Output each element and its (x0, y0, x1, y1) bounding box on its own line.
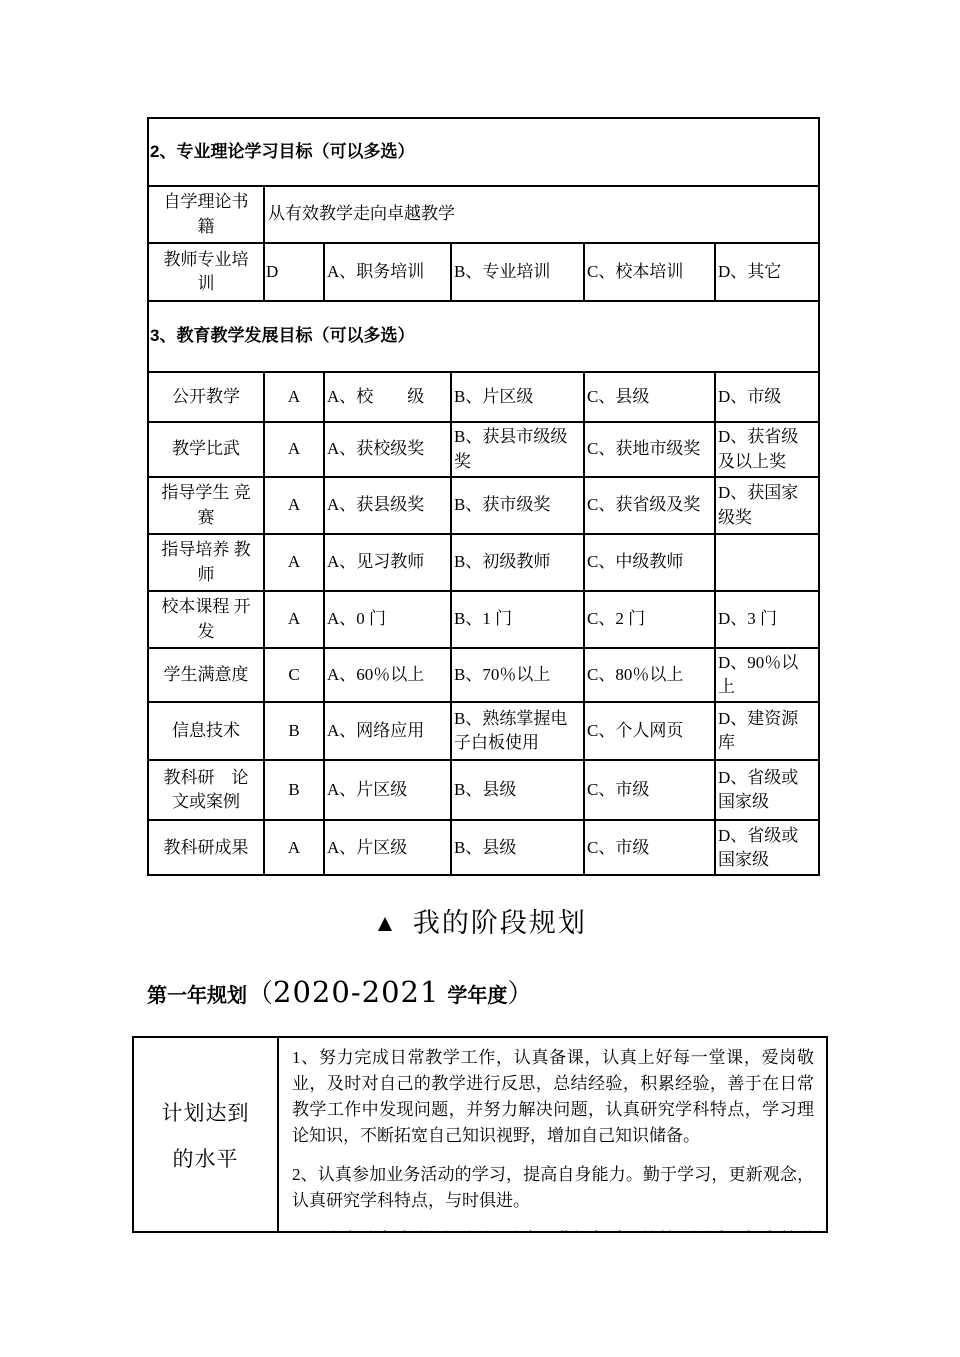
training-option-c: C、校本培训 (584, 243, 715, 301)
plan-row-label-line1: 计划达到 (162, 1097, 250, 1127)
goal-option-a: A、网络应用 (324, 702, 451, 760)
close-paren: ） (507, 979, 533, 1009)
first-year-heading: 第一年规划（2020-2021学年度） (147, 973, 533, 1013)
books-row: 自学理论书籍 从有效教学走向卓越教学 (148, 186, 819, 243)
goal-option-b: B、初级教师 (451, 534, 584, 591)
goal-option-b: B、熟练掌握电子白板使用 (451, 702, 584, 760)
goal-option-d: D、获国家级奖 (715, 477, 819, 534)
stage-plan-title: 我的阶段规划 (413, 908, 587, 938)
goal-option-a: A、校 级 (324, 372, 451, 422)
goal-answer: A (264, 477, 324, 534)
goal-option-a: A、获校级奖 (324, 422, 451, 477)
goal-option-a: A、片区级 (324, 760, 451, 820)
training-label: 教师专业培训 (148, 243, 264, 301)
books-value: 从有效教学走向卓越教学 (264, 186, 819, 243)
goal-option-b: B、获县市级级奖 (451, 422, 584, 477)
section2-title: 2、专业理论学习目标（可以多选） (148, 118, 819, 186)
goal-option-c: C、获省级及奖 (584, 477, 715, 534)
goal-option-c: C、2 门 (584, 591, 715, 648)
training-row: 教师专业培训 D A、职务培训 B、专业培训 C、校本培训 D、其它 (148, 243, 819, 301)
goal-option-c: C、80％以上 (584, 648, 715, 702)
first-year-label: 第一年规划 (147, 985, 247, 1007)
goal-label: 信息技术 (148, 702, 264, 760)
goal-row: 信息技术 B A、网络应用 B、熟练掌握电子白板使用 C、个人网页 D、建资源库 (148, 702, 819, 760)
open-paren: （ (247, 979, 273, 1009)
section2-header-row: 2、专业理论学习目标（可以多选） (148, 118, 819, 186)
goal-option-c: C、县级 (584, 372, 715, 422)
goal-option-d: D、获省级及以上奖 (715, 422, 819, 477)
training-option-a: A、职务培训 (324, 243, 451, 301)
goal-label: 学生满意度 (148, 648, 264, 702)
goal-label: 教学比武 (148, 422, 264, 477)
goal-option-a: A、60％以上 (324, 648, 451, 702)
section3-header-row: 3、教育教学发展目标（可以多选） (148, 301, 819, 372)
goal-option-b: B、70％以上 (451, 648, 584, 702)
goal-option-c: C、个人网页 (584, 702, 715, 760)
goal-label: 校本课程 开发 (148, 591, 264, 648)
stage-plan-heading: ▲我的阶段规划 (0, 901, 960, 940)
goal-option-d: D、市级 (715, 372, 819, 422)
goal-option-d: D、建资源库 (715, 702, 819, 760)
books-label: 自学理论书籍 (148, 186, 264, 243)
triangle-icon: ▲ (373, 911, 397, 937)
goal-answer: B (264, 760, 324, 820)
goal-option-c: C、中级教师 (584, 534, 715, 591)
goal-option-a: A、见习教师 (324, 534, 451, 591)
goal-row: 教科研 论文或案例 B A、片区级 B、县级 C、市级 D、省级或国家级 (148, 760, 819, 820)
section3-title: 3、教育教学发展目标（可以多选） (148, 301, 819, 372)
plan-paragraph-3: 3、积极参加各种听、评课活动，进行高质量的教研活动，提高教学能 (292, 1227, 814, 1233)
plan-paragraph-1: 1、努力完成日常教学工作，认真备课，认真上好每一堂课，爱岗敬业，及时对自己的教学… (292, 1045, 814, 1149)
goal-option-b: B、县级 (451, 820, 584, 875)
goal-label: 指导培养 教师 (148, 534, 264, 591)
plan-row-label: 计划达到 的水平 (134, 1038, 279, 1231)
goal-label: 公开教学 (148, 372, 264, 422)
goal-option-d: D、3 门 (715, 591, 819, 648)
plan-paragraph-2: 2、认真参加业务活动的学习，提高自身能力。勤于学习，更新观念，认真研究学科特点，… (292, 1162, 814, 1214)
goal-option-d: D、省级或国家级 (715, 760, 819, 820)
plan-table: 计划达到 的水平 1、努力完成日常教学工作，认真备课，认真上好每一堂课，爱岗敬业… (132, 1036, 828, 1233)
goal-row: 指导学生 竞赛 A A、获县级奖 B、获市级奖 C、获省级及奖 D、获国家级奖 (148, 477, 819, 534)
school-year-range: 2020-2021 (273, 975, 439, 1009)
goal-option-a: A、片区级 (324, 820, 451, 875)
goal-answer: A (264, 372, 324, 422)
goal-answer: A (264, 534, 324, 591)
plan-content-cell: 1、努力完成日常教学工作，认真备课，认真上好每一堂课，爱岗敬业，及时对自己的教学… (279, 1038, 826, 1231)
plan-row-label-line2: 的水平 (173, 1143, 239, 1173)
goal-option-d: D、省级或国家级 (715, 820, 819, 875)
goal-option-c: C、市级 (584, 760, 715, 820)
goal-option-b: B、县级 (451, 760, 584, 820)
goal-answer: A (264, 591, 324, 648)
goal-option-c: C、市级 (584, 820, 715, 875)
school-year-suffix: 学年度 (447, 985, 507, 1007)
goal-row: 教学比武 A A、获校级奖 B、获县市级级奖 C、获地市级奖 D、获省级及以上奖 (148, 422, 819, 477)
training-answer: D (264, 243, 324, 301)
goal-answer: B (264, 702, 324, 760)
goal-option-b: B、片区级 (451, 372, 584, 422)
goal-answer: C (264, 648, 324, 702)
goal-option-a: A、0 门 (324, 591, 451, 648)
goal-label: 教科研成果 (148, 820, 264, 875)
goal-row: 学生满意度 C A、60％以上 B、70％以上 C、80％以上 D、90％以上 (148, 648, 819, 702)
goal-option-a: A、获县级奖 (324, 477, 451, 534)
goal-option-d: D、90％以上 (715, 648, 819, 702)
goal-row: 教科研成果 A A、片区级 B、县级 C、市级 D、省级或国家级 (148, 820, 819, 875)
goal-row: 公开教学 A A、校 级 B、片区级 C、县级 D、市级 (148, 372, 819, 422)
goal-answer: A (264, 422, 324, 477)
goal-row: 校本课程 开发 A A、0 门 B、1 门 C、2 门 D、3 门 (148, 591, 819, 648)
goals-table: 2、专业理论学习目标（可以多选） 自学理论书籍 从有效教学走向卓越教学 教师专业… (147, 117, 820, 876)
goal-label: 指导学生 竞赛 (148, 477, 264, 534)
goal-answer: A (264, 820, 324, 875)
goal-label: 教科研 论文或案例 (148, 760, 264, 820)
goal-row: 指导培养 教师 A A、见习教师 B、初级教师 C、中级教师 (148, 534, 819, 591)
goal-option-b: B、获市级奖 (451, 477, 584, 534)
training-option-b: B、专业培训 (451, 243, 584, 301)
document-page: 2、专业理论学习目标（可以多选） 自学理论书籍 从有效教学走向卓越教学 教师专业… (0, 0, 960, 1357)
goal-option-c: C、获地市级奖 (584, 422, 715, 477)
training-option-d: D、其它 (715, 243, 819, 301)
goal-option-d (715, 534, 819, 591)
goal-option-b: B、1 门 (451, 591, 584, 648)
